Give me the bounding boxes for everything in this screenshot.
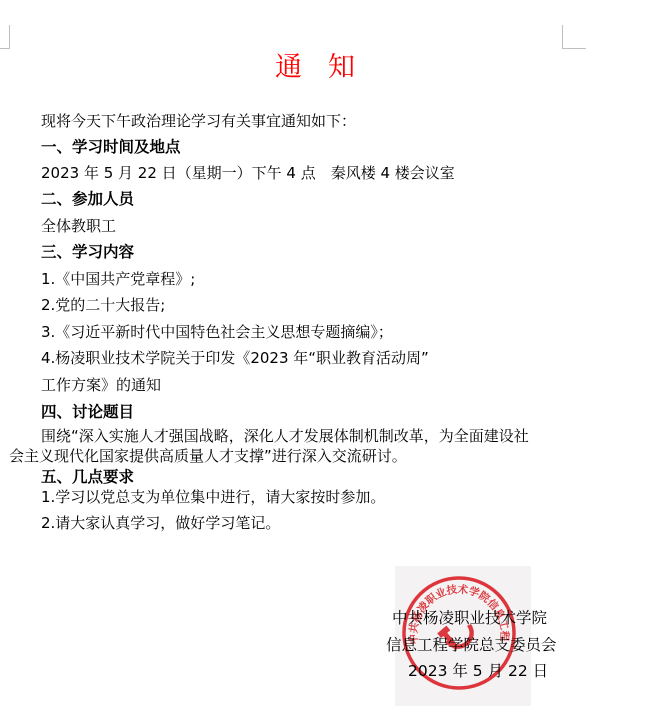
document-title: 通知: [0, 50, 630, 86]
section-heading-participants: 二、参加人员: [41, 189, 134, 209]
signature-org-line-2: 信息工程学院总支委员会: [386, 635, 557, 655]
section-heading-content: 三、学习内容: [41, 242, 134, 262]
section-heading-requirements: 五、几点要求: [41, 467, 134, 487]
list-item-continuation: 工作方案》的通知: [41, 375, 161, 395]
signature-org-line-1: 中共杨凌职业技术学院: [392, 608, 547, 628]
section-heading-time-place: 一、学习时间及地点: [41, 137, 181, 157]
section-heading-discussion: 四、讨论题目: [41, 402, 134, 422]
list-item: 4.杨凌职业技术学院关于印发《2023 年“职业教育活动周”: [41, 348, 429, 368]
list-item: 2.请大家认真学习，做好学习笔记。: [41, 513, 280, 533]
page-corner-mark-top-left: [0, 25, 10, 49]
signature-date: 2023 年 5 月 22 日: [408, 661, 548, 681]
list-item: 2.党的二十大报告;: [41, 295, 165, 315]
section-line: 全体教职工: [41, 216, 116, 236]
section-line: 2023 年 5 月 22 日（星期一）下午 4 点 秦风楼 4 楼会议室: [41, 163, 455, 183]
list-item: 1.学习以党总支为单位集中进行，请大家按时参加。: [41, 487, 385, 507]
list-item: 1.《中国共产党章程》;: [41, 269, 195, 289]
paragraph-line: 围绕“深入实施人才强国战略，深化人才发展体制机制改革，为全面建设社: [41, 426, 529, 446]
intro-paragraph: 现将今天下午政治理论学习有关事宜通知如下：: [41, 111, 356, 131]
page-corner-mark-top-right: [562, 25, 586, 49]
paragraph-line: 会主义现代化国家提供高质量人才支撑”进行深入交流研讨。: [9, 446, 407, 466]
list-item: 3.《习近平新时代中国特色社会主义思想专题摘编》；: [41, 322, 393, 342]
